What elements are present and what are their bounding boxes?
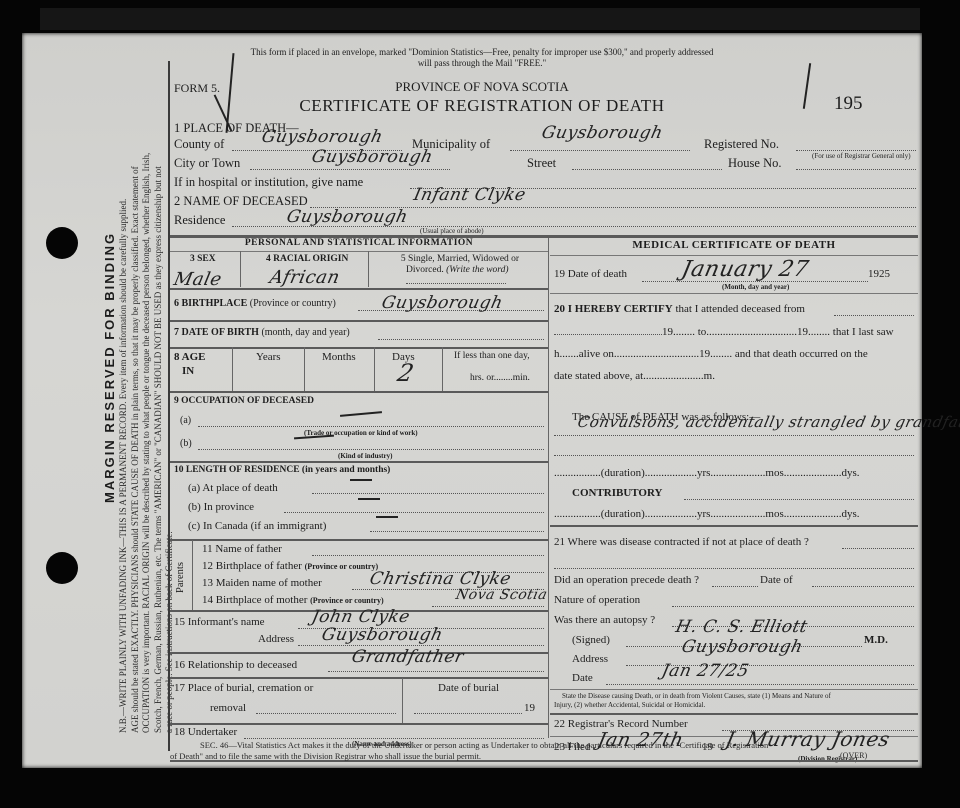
- marital-label-divorced: Divorced.: [406, 265, 444, 275]
- nature-field[interactable]: [672, 606, 914, 607]
- birthplace-field[interactable]: Guysborough: [380, 293, 505, 313]
- cause-field-line-2[interactable]: [554, 455, 914, 456]
- dob-note: (month, day and year): [261, 327, 349, 338]
- binding-hole-top: [46, 227, 78, 259]
- divider: [550, 713, 918, 715]
- mother-birthplace-field-line: [432, 606, 544, 607]
- divider: [170, 347, 548, 349]
- street-field[interactable]: [572, 169, 722, 170]
- registered-no-field[interactable]: [796, 150, 916, 151]
- form-label: FORM 5.: [174, 81, 220, 96]
- occupation-a-label: (a): [180, 415, 191, 426]
- certify-bold: 20 I HEREBY CERTIFY: [554, 303, 673, 315]
- cause-field-line-1: [554, 435, 914, 436]
- divider: [170, 320, 548, 322]
- divider: [374, 347, 375, 391]
- name-of-deceased-label: 2 NAME OF DECEASED: [174, 194, 308, 209]
- margin-line: Scotch, French, German, Russian, Rutheni…: [153, 153, 165, 733]
- burial-year-prefix: 19: [524, 702, 535, 714]
- dob-label-text: 7 DATE OF BIRTH: [174, 327, 259, 338]
- date-of-birth-field[interactable]: [378, 339, 544, 340]
- divider: [550, 255, 918, 256]
- dash-mark: [358, 498, 380, 500]
- divider: [170, 288, 548, 290]
- length-of-residence-label: 10 LENGTH OF RESIDENCE (in years and mon…: [174, 465, 390, 475]
- medical-date-label: Date: [572, 672, 593, 684]
- divider: [170, 391, 548, 393]
- divider: [240, 251, 241, 287]
- city-label: City or Town: [174, 156, 240, 171]
- medical-date-field[interactable]: Jan 27/25: [660, 661, 751, 681]
- occupation-b-label: (b): [180, 438, 192, 449]
- operation-date-field[interactable]: [812, 586, 914, 587]
- column-divider: [548, 238, 549, 738]
- street-label: Street: [527, 156, 556, 171]
- province-title: PROVINCE OF NOVA SCOTIA: [272, 79, 692, 95]
- birthplace-note: (Province or country): [250, 298, 336, 309]
- certificate-title: CERTIFICATE OF REGISTRATION OF DEATH: [272, 96, 692, 116]
- age-label-1: 8 AGE: [174, 351, 205, 363]
- informant-address-label: Address: [258, 633, 294, 645]
- date-of-birth-label: 7 DATE OF BIRTH (month, day and year): [174, 327, 350, 338]
- certify-line: 20 I HEREBY CERTIFY that I attended dece…: [554, 303, 805, 315]
- marital-label-2: Divorced. (Write the word): [406, 265, 509, 275]
- divider: [402, 678, 403, 723]
- less-than-day-label: If less than one day,: [454, 351, 530, 361]
- mother-birthplace-note: (Province or country): [310, 596, 383, 605]
- margin-instructions: N.B.—WRITE PLAINLY WITH UNFADING INK—THI…: [118, 153, 176, 733]
- contracted-field-2[interactable]: [554, 568, 914, 569]
- residence-a-field[interactable]: [312, 493, 544, 494]
- dash-mark: [294, 435, 334, 440]
- divider: [550, 293, 918, 294]
- marital-label-1: 5 Single, Married, Widowed or: [372, 254, 548, 264]
- hospital-label: If in hospital or institution, give name: [174, 175, 363, 190]
- footer-line-1: SEC. 46—Vital Statistics Act makes it th…: [200, 740, 768, 750]
- years-label: Years: [256, 351, 281, 363]
- relationship-field[interactable]: Grandfather: [350, 647, 466, 667]
- father-name-label: 11 Name of father: [202, 543, 282, 555]
- house-no-field[interactable]: [796, 169, 916, 170]
- certificate-number: 195: [834, 93, 863, 115]
- nature-label: Nature of operation: [554, 594, 640, 606]
- margin-line: OCCUPATION is very important. RACIAL ORI…: [141, 153, 153, 733]
- date-of-death-field[interactable]: January 27: [679, 257, 811, 282]
- informant-address-field-line: [298, 645, 544, 646]
- city-field-line: [250, 169, 450, 170]
- informant-name-label: 15 Informant's name: [174, 616, 265, 628]
- scan-top-edge: [40, 8, 920, 30]
- divider: [550, 525, 918, 527]
- operation-label: Did an operation precede death ?: [554, 574, 699, 586]
- hrs-min-field[interactable]: hrs. or........min.: [470, 373, 530, 383]
- death-certificate: MARGIN RESERVED FOR BINDING N.B.—WRITE P…: [22, 33, 922, 768]
- date-of-death-year[interactable]: 1925: [868, 268, 890, 280]
- signed-field[interactable]: H. C. S. Elliott: [674, 617, 810, 637]
- violent-note-2: Injury, (2) whether Accidental, Suicidal…: [554, 701, 705, 709]
- informant-address-field[interactable]: Guysborough: [320, 625, 445, 645]
- marital-note: (Write the word): [446, 265, 508, 275]
- violent-note-1: State the Disease causing Death, or in d…: [562, 692, 831, 700]
- age-label-2: IN: [182, 365, 194, 377]
- form-left-border: [168, 61, 170, 751]
- marital-status-field[interactable]: [406, 283, 506, 284]
- racial-origin-field[interactable]: African: [268, 267, 342, 288]
- divider: [550, 689, 918, 690]
- racial-origin-label: 4 RACIAL ORIGIN: [266, 254, 348, 264]
- divider: [192, 540, 193, 610]
- margin-line: N.B.—WRITE PLAINLY WITH UNFADING INK—THI…: [118, 153, 130, 733]
- father-name-field[interactable]: [312, 555, 544, 556]
- mother-birthplace-label: 14 Birthplace of mother (Province or cou…: [202, 594, 384, 606]
- medical-address-label: Address: [572, 653, 608, 665]
- dash-mark: [340, 411, 382, 417]
- registered-no-label: Registered No.: [704, 137, 779, 152]
- occupation-a-field[interactable]: [198, 426, 544, 427]
- alive-line: h.......alive on........................…: [554, 348, 868, 360]
- contributory-field[interactable]: [684, 499, 914, 500]
- occupation-b-field[interactable]: [198, 449, 544, 450]
- burial-place-label-2: removal: [210, 702, 246, 714]
- contributory-label: CONTRIBUTORY: [572, 487, 662, 499]
- date-of-death-note: (Month, day and year): [722, 283, 789, 291]
- occupation-label: 9 OCCUPATION OF DECEASED: [174, 396, 314, 406]
- contributory-duration[interactable]: .................(duration).............…: [554, 508, 860, 520]
- father-birthplace-label: 12 Birthplace of father (Province or cou…: [202, 560, 378, 572]
- divider: [170, 723, 548, 725]
- divider: [304, 347, 305, 391]
- contracted-label: 21 Where was disease contracted if not a…: [554, 536, 809, 548]
- registered-no-note: (For use of Registrar General only): [812, 152, 911, 160]
- relationship-field-line: [328, 671, 544, 672]
- burial-date-field[interactable]: [414, 713, 522, 714]
- md-label: M.D.: [864, 634, 888, 646]
- stated-line: date stated above, at...................…: [554, 370, 715, 382]
- burial-place-label-1: 17 Place of burial, cremation or: [174, 682, 313, 694]
- father-birthplace-note: (Province or country): [305, 562, 378, 571]
- length-note: (in years and months): [302, 465, 390, 475]
- undertaker-label: 18 Undertaker: [174, 726, 237, 738]
- contracted-field[interactable]: [842, 548, 914, 549]
- residence-a-label: (a) At place of death: [188, 482, 278, 494]
- residence-b-label: (b) In province: [188, 501, 254, 513]
- personal-section-title: PERSONAL AND STATISTICAL INFORMATION: [170, 238, 548, 248]
- over-label: (OVER): [840, 751, 867, 760]
- mother-birthplace-text: 14 Birthplace of mother: [202, 594, 307, 606]
- parents-side-label: Parents: [175, 562, 186, 593]
- relationship-label: 16 Relationship to deceased: [174, 659, 297, 671]
- residence-b-field[interactable]: [284, 512, 544, 513]
- mother-birthplace-field[interactable]: Nova Scotia: [454, 587, 549, 603]
- informant-name-field[interactable]: John Clyke: [310, 607, 412, 627]
- birthplace-label: 6 BIRTHPLACE (Province or country): [174, 298, 336, 309]
- binding-hole-bottom: [46, 552, 78, 584]
- margin-title: MARGIN RESERVED FOR BINDING: [102, 232, 117, 503]
- days-field[interactable]: 2: [395, 359, 417, 387]
- municipality-field[interactable]: Guysborough: [540, 123, 665, 143]
- father-birthplace-text: 12 Birthplace of father: [202, 560, 302, 572]
- sex-label: 3 SEX: [190, 254, 216, 264]
- residence-c-label: (c) In Canada (if an immigrant): [188, 520, 326, 532]
- date-of-label: Date of: [760, 574, 793, 586]
- length-label-text: 10 LENGTH OF RESIDENCE: [174, 465, 300, 475]
- from-to-text: 19........ to...........................…: [662, 326, 894, 338]
- divider: [368, 251, 369, 287]
- residence-field[interactable]: Guysborough: [285, 207, 410, 227]
- residence-note: (Usual place of abode): [420, 227, 484, 235]
- date-of-death-label: 19 Date of death: [554, 268, 627, 280]
- cause-duration[interactable]: .................(duration).............…: [554, 467, 860, 479]
- occupation-b-note: (Kind of industry): [338, 452, 392, 460]
- months-label: Months: [322, 351, 356, 363]
- cause-field[interactable]: Convulsions, accidentally strangled by g…: [576, 413, 960, 431]
- from-date-field[interactable]: [554, 334, 662, 335]
- burial-date-label: Date of burial: [438, 682, 499, 694]
- attended-from-field[interactable]: [834, 315, 914, 316]
- divider: [170, 539, 548, 541]
- county-field[interactable]: Guysborough: [260, 127, 385, 147]
- medical-date-field-line: [606, 684, 914, 685]
- house-no-label: House No.: [728, 156, 781, 171]
- divider: [170, 251, 548, 252]
- mother-name-label: 13 Maiden name of mother: [202, 577, 322, 589]
- burial-place-field[interactable]: [256, 713, 396, 714]
- city-field[interactable]: Guysborough: [310, 147, 435, 167]
- undertaker-field[interactable]: [244, 738, 544, 739]
- check-mark-right: [803, 63, 811, 109]
- municipality-field-line: [510, 150, 690, 151]
- divider: [170, 677, 548, 679]
- medical-section-title: MEDICAL CERTIFICATE OF DEATH: [550, 239, 918, 251]
- residence-label: Residence: [174, 213, 225, 228]
- mail-notice-line1: This form if placed in an envelope, mark…: [192, 47, 772, 57]
- residence-c-field[interactable]: [370, 531, 544, 532]
- signed-label: (Signed): [572, 634, 610, 646]
- from-to-line: 19........ to...........................…: [554, 326, 894, 338]
- dash-mark: [376, 516, 398, 518]
- birthplace-label-text: 6 BIRTHPLACE: [174, 298, 247, 309]
- medical-address-field[interactable]: Guysborough: [680, 637, 805, 657]
- autopsy-label: Was there an autopsy ?: [554, 614, 655, 626]
- mother-name-field[interactable]: Christina Clyke: [368, 569, 513, 589]
- divider: [232, 347, 233, 391]
- name-of-deceased-field[interactable]: Infant Clyke: [412, 185, 528, 205]
- sex-field[interactable]: Male: [172, 269, 224, 290]
- county-label: County of: [174, 137, 224, 152]
- mail-notice-line2: will pass through the Mail "FREE.": [192, 58, 772, 68]
- divider: [442, 347, 443, 391]
- certify-rest: that I attended deceased from: [675, 303, 805, 315]
- footer-line-2: of Death" and to file the same with the …: [170, 751, 481, 761]
- divider: [170, 461, 548, 463]
- operation-field[interactable]: [712, 586, 758, 587]
- margin-line: AGE should be stated EXACTLY. PHYSICIANS…: [130, 153, 142, 733]
- dash-mark: [350, 479, 372, 481]
